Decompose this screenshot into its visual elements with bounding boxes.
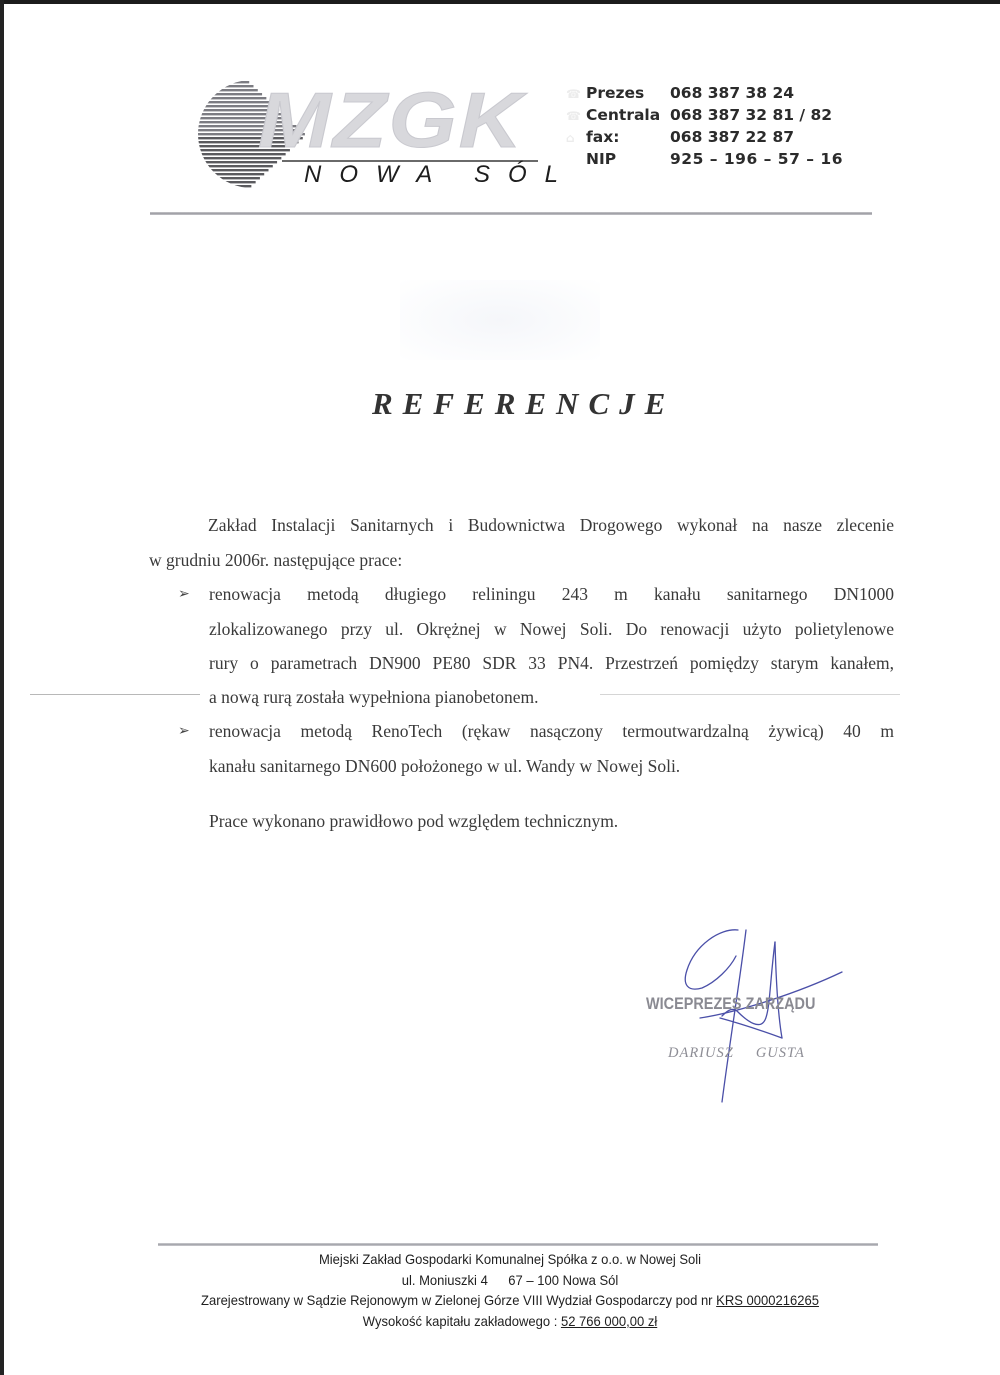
scan-edge-top [0, 0, 1000, 4]
signatory-title-stamp: WICEPREZES ZARZĄDU [646, 994, 815, 1014]
intro-line-1: Zakład Instalacji Sanitarnych i Budownic… [208, 515, 894, 535]
contact-value: 068 387 38 24 [670, 84, 794, 102]
footer-postal: 67 – 100 Nowa Sól [508, 1272, 618, 1288]
footer-capital: Wysokość kapitału zakładowego : 52 766 0… [175, 1311, 845, 1332]
fax-icon: ⌂ [566, 132, 578, 144]
contact-value: 068 387 32 81 / 82 [670, 106, 832, 124]
logo-wordmark: MZGK [258, 78, 524, 162]
company-logo: MZGK NOWA SÓL [196, 78, 541, 190]
footer-company-name: Miejski Zakład Gospodarki Komunalnej Spó… [175, 1249, 845, 1270]
bullet-1-line-4: a nową rurą została wypełniona pianobeto… [209, 687, 538, 707]
contact-value: 068 387 22 87 [670, 128, 794, 146]
phone-icon: ☎ [566, 88, 578, 100]
scan-fold-line [30, 694, 200, 695]
contact-label: Centrala [586, 106, 660, 124]
footer-address: ul. Moniuszki 467 – 100 Nowa Sól [175, 1270, 845, 1291]
signatory-first-name: DARIUSZ [668, 1045, 734, 1061]
contact-value: 925 – 196 – 57 – 16 [670, 150, 843, 168]
faint-stamp [400, 280, 600, 360]
logo-subtitle: NOWA SÓL [304, 162, 576, 188]
phone-icon: ☎ [566, 110, 578, 122]
company-footer: Miejski Zakład Gospodarki Komunalnej Spó… [175, 1249, 845, 1331]
footer-divider [158, 1243, 878, 1246]
contact-label: fax: [586, 128, 619, 146]
bullet-2-line-2: kanału sanitarnego DN600 położonego w ul… [209, 756, 680, 776]
bullet-1-line-1: renowacja metodą długiego reliningu 243 … [209, 584, 894, 604]
signatory-name-stamp: DARIUSZGUSTA [668, 1045, 805, 1062]
footer-registry-text: Zarejestrowany w Sądzie Rejonowym w Ziel… [201, 1292, 716, 1308]
footer-capital-value: 52 766 000,00 zł [561, 1313, 657, 1329]
signatory-last-name: GUSTA [756, 1045, 805, 1061]
bullet-1-line-3: rury o parametrach DN900 PE80 SDR 33 PN4… [209, 653, 894, 673]
footer-capital-label: Wysokość kapitału zakładowego : [363, 1313, 561, 1329]
document-title: REFERENCJE [372, 386, 675, 422]
bullet-1-line-2: zlokalizowanego przy ul. Okrężnej w Nowe… [209, 619, 894, 639]
header-divider [150, 212, 872, 215]
bullet-arrow-icon: ➢ [178, 584, 190, 604]
footer-krs-number: KRS 0000216265 [716, 1292, 819, 1308]
contact-label: Prezes [586, 84, 644, 102]
scan-edge-left [0, 0, 4, 1375]
footer-street: ul. Moniuszki 4 [402, 1272, 488, 1288]
footer-registry: Zarejestrowany w Sądzie Rejonowym w Ziel… [175, 1290, 845, 1311]
bullet-arrow-icon: ➢ [178, 721, 190, 741]
handwritten-signature [630, 920, 860, 1110]
scan-fold-line [600, 694, 900, 695]
bullet-2-line-1: renowacja metodą RenoTech (rękaw nasączo… [209, 721, 894, 741]
intro-line-2: w grudniu 2006r. następujące prace: [149, 550, 402, 570]
contact-label: NIP [586, 150, 616, 168]
closing-sentence: Prace wykonano prawidłowo pod względem t… [209, 811, 618, 831]
